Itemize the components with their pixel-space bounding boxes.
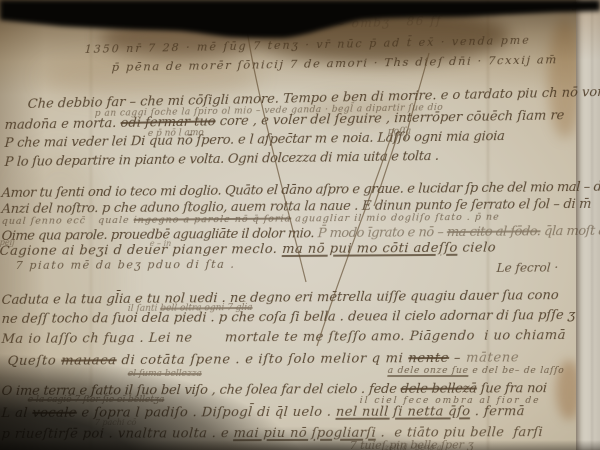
handwriting-segment: dele bellezā (400, 382, 477, 397)
handwriting-segment: ſue fra noi (476, 381, 547, 396)
handwriting-segment: Caduta e la tua gl̄ia e tu nol uedi . ne… (1, 288, 559, 308)
date-note: p̄ pēna de morēr ſōnicij 7 de amori · Th… (111, 54, 558, 73)
margin-note: ~ʒ (563, 1, 578, 13)
verse-line: L al vocale e ſopra l padiſo . Diſpogl̄ … (1, 405, 525, 420)
handwriting-segment: 1350 nr̄ 7 28 · mē ſūg 7 tenʒ · vr̄ nūc … (84, 34, 531, 56)
handwriting-segment: P che mai veder lei Di qua nō ſpero. e l… (4, 129, 505, 151)
handwriting-segment: ma nō pui mo cōti adeſſo (282, 241, 459, 257)
handwriting-segment: L al (1, 406, 33, 421)
handwriting-segment: Queſto (7, 354, 62, 369)
handwriting-segment: Ma io laſſo ch fuga . Lei ne mortale te … (1, 328, 566, 347)
faint-note: ~ ombʒ 86 ff (335, 14, 443, 30)
handwriting-layer: ~ ombʒ 86 ff1350 nr̄ 7 28 · mē ſūg 7 ten… (0, 0, 600, 450)
handwriting-segment: Le fecrol · (496, 260, 558, 275)
handwriting-segment: zeſtid · beʒo a (384, 443, 442, 450)
verse-line: P che mai veder lei Di qua nō ſpero. e l… (4, 130, 505, 150)
margin-note: Le fecrol · (496, 261, 558, 274)
handwriting-segment: madon̄a e morta. (4, 116, 121, 133)
verse-line: Ma io laſſo ch fuga . Lei ne mortale te … (1, 329, 566, 346)
handwriting-segment: mauaca (61, 353, 117, 368)
handwriting-segment: a dele onze ſue (387, 366, 469, 376)
handwriting-segment: P lo ſuo departire in pianto e volta. Og… (4, 149, 439, 170)
handwriting-segment: q̄la moſt at ācho (540, 223, 600, 239)
handwriting-segment: – (449, 351, 467, 366)
handwriting-segment: vocale (32, 406, 77, 421)
handwriting-segment: p riueſtirſē poi . vnaltra uolta . e (1, 426, 234, 442)
interlinear-note: e la cagiō 7 ſtor ſie oī belletʒa (27, 396, 164, 405)
handwriting-segment: ingegno a parole nō q̄ ſoria (133, 213, 291, 225)
handwriting-segment: aguagliar il mio dogliſo ſtato . p̄ ne (291, 212, 500, 225)
handwriting-segment: ~ ombʒ 86 ff (335, 13, 443, 31)
handwriting-segment: qual ſenno ecc̄ quale (1, 215, 134, 227)
interlinear-note: el ſuma bellezza (127, 370, 202, 379)
verse-line: 7 piato mē da beʒ pduo di ſta . (15, 259, 236, 271)
handwriting-segment: ne deſſ tocho da ſuoi dela piedi . p che… (1, 308, 576, 327)
handwriting-segment: Cagione ai beʒi d deuer pianger meclo. (0, 242, 283, 259)
handwriting-segment: . fermā (470, 404, 525, 419)
verse-line: P lo ſuo departire in pianto e volta. Og… (4, 150, 439, 169)
verse-line: Cagione ai beʒi d deuer pianger meclo. m… (0, 242, 496, 258)
verse-line: Caduta e la tua gl̄ia e tu nol uedi . ne… (1, 289, 559, 307)
manuscript-photo: ~ ombʒ 86 ff1350 nr̄ 7 28 · mē ſūg 7 ten… (0, 0, 600, 450)
handwriting-segment: e la cagiō 7 ſtor ſie oī belletʒa (27, 395, 164, 405)
date-note: 1350 nr̄ 7 28 · mē ſūg 7 tenʒ · vr̄ nūc … (84, 35, 531, 55)
handwriting-segment: ~ʒ (563, 0, 578, 13)
handwriting-segment: nente (408, 351, 450, 366)
verse-line: ne deſſ tocho da ſuoi dela piedi . p che… (1, 309, 575, 326)
handwriting-segment: nel null ſi netta q̄ſo (335, 404, 470, 419)
handwriting-segment: mātene (466, 350, 520, 365)
handwriting-segment: e del be– de laſſo (468, 366, 564, 376)
handwriting-segment: el ſuma bellezza (127, 369, 202, 379)
handwriting-segment: cielo (457, 241, 496, 256)
interlinear-note: a dele onze ſue e del be– de laſſo (387, 367, 564, 376)
handwriting-segment: ma cito al ſōdo. (446, 224, 540, 240)
handwriting-segment: di cotāta ſpene . e iſto ſolo melior q m… (116, 351, 409, 368)
handwriting-segment: P̄ modo īgrato e nō – (317, 225, 447, 241)
handwriting-segment: 7 piato mē da beʒ pduo di ſta . (15, 258, 236, 272)
handwriting-segment: p̄ pēna de morēr ſōnicij 7 de amori · Th… (111, 52, 558, 74)
interlinear-note: zeſtid · beʒo a (384, 444, 441, 450)
verse-line: Oime qua parole. prouedbē aguagliāte il … (1, 224, 600, 243)
